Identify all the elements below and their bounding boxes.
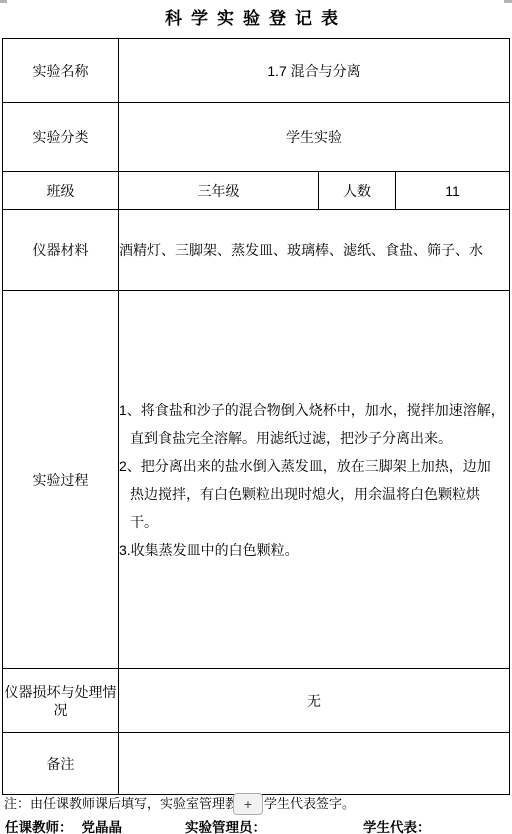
process-value: 1、将食盐和沙子的混合物倒入烧杯中，加水，搅拌加速溶解， 直到食盐完全溶解。用滤… [119, 291, 510, 669]
row-experiment-name: 实验名称 1.7 混合与分离 [3, 39, 510, 103]
process-step-line: 3.收集蒸发皿中的白色颗粒。 [119, 536, 509, 564]
row-process: 实验过程 1、将食盐和沙子的混合物倒入烧杯中，加水，搅拌加速溶解， 直到食盐完全… [3, 291, 510, 669]
row-materials: 仪器材料 酒精灯、三脚架、蒸发皿、玻璃棒、滤纸、食盐、筛子、水 [3, 210, 510, 291]
experiment-category-value: 学生实验 [119, 103, 510, 172]
process-step-line: 直到食盐完全溶解。用滤纸过滤，把沙子分离出来。 [119, 424, 509, 452]
process-label: 实验过程 [3, 291, 119, 669]
teacher-label: 任课教师： [5, 820, 73, 834]
lab-manager-label: 实验管理员： [185, 816, 266, 834]
process-step-line: 2、把分离出来的盐水倒入蒸发皿，放在三脚架上加热，边加 [119, 452, 509, 480]
damage-value: 无 [119, 669, 510, 733]
student-count-label: 人数 [319, 172, 396, 210]
top-left-artifact [0, 0, 7, 3]
process-step-line: 干。 [119, 508, 509, 536]
footer-note: 注：由任课教师课后填写，实验室管理教师和学生代表签字。 [4, 795, 355, 812]
class-label: 班级 [3, 172, 119, 210]
experiment-name-label: 实验名称 [3, 39, 119, 103]
process-step-line: 热边搅拌，有白色颗粒出现时熄火，用余温将白色颗粒烘 [119, 480, 509, 508]
remarks-value [119, 733, 510, 795]
top-right-artifact [504, 0, 512, 3]
remarks-label: 备注 [3, 733, 119, 795]
document-page: 科学实验登记表 实验名称 1.7 混合与分离 实验分类 学生实验 班级 三年级 … [0, 0, 512, 834]
signature-row: 任课教师：党晶晶 实验管理员： 学生代表： [0, 816, 512, 834]
plus-button[interactable]: + [233, 793, 263, 815]
row-class-info: 班级 三年级 人数 11 [3, 172, 510, 210]
page-title: 科学实验登记表 [0, 7, 512, 31]
row-experiment-category: 实验分类 学生实验 [3, 103, 510, 172]
row-damage: 仪器损坏与处理情况 无 [3, 669, 510, 733]
teacher-name: 党晶晶 [82, 820, 123, 834]
materials-value: 酒精灯、三脚架、蒸发皿、玻璃棒、滤纸、食盐、筛子、水 [119, 210, 510, 291]
student-count-value: 11 [396, 172, 510, 210]
process-step-line: 1、将食盐和沙子的混合物倒入烧杯中，加水，搅拌加速溶解， [119, 396, 509, 424]
experiment-form-table: 实验名称 1.7 混合与分离 实验分类 学生实验 班级 三年级 人数 11 仪器… [2, 38, 510, 795]
teacher-signature: 任课教师：党晶晶 [5, 816, 122, 834]
row-remarks: 备注 [3, 733, 510, 795]
class-value: 三年级 [119, 172, 319, 210]
student-representative-label: 学生代表： [363, 816, 431, 834]
experiment-name-value: 1.7 混合与分离 [119, 39, 510, 103]
materials-label: 仪器材料 [3, 210, 119, 291]
experiment-category-label: 实验分类 [3, 103, 119, 172]
damage-label: 仪器损坏与处理情况 [3, 669, 119, 733]
